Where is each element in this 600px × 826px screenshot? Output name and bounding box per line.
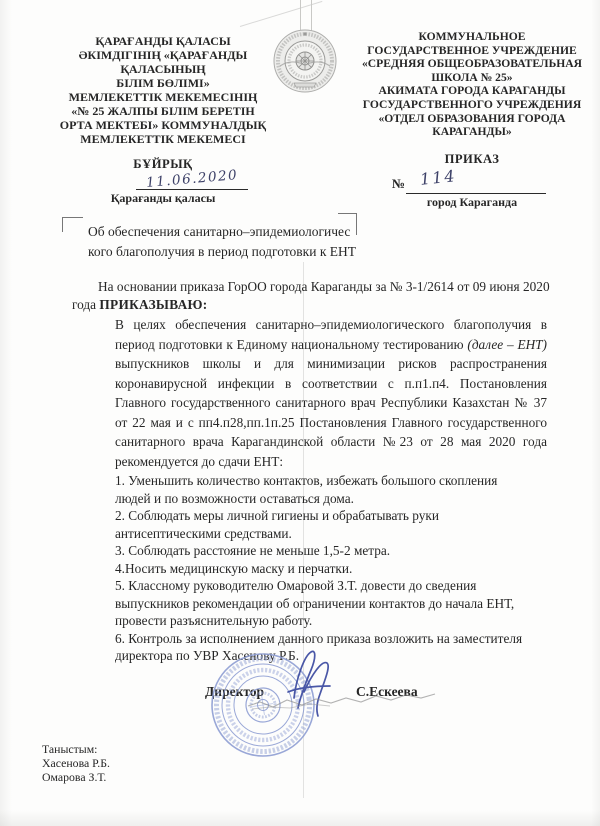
- order-word-russian: ПРИКАЗ: [348, 152, 596, 167]
- basis-line: года ПРИКАЗЫВАЮ:: [72, 296, 552, 314]
- subject-line: Об обеспечения санитарно–эпидемиологичес: [88, 222, 356, 242]
- handwritten-order-number: 114: [419, 166, 457, 189]
- scan-diagonal-artifact: [240, 1, 323, 27]
- order-subject: Об обеспечения санитарно–эпидемиологичес…: [88, 222, 356, 262]
- number-symbol: №: [392, 176, 405, 192]
- dalee-ent-italic: (далее – ЕНТ): [467, 337, 547, 352]
- org-line: МЕМЛЕКЕТТІК МЕКЕМЕСІНІҢ: [38, 90, 288, 104]
- order-item-1: 1. Уменьшить количество контактов, избеж…: [115, 472, 536, 507]
- basis-prefix: года: [72, 297, 99, 312]
- org-line: ШКОЛА № 25»: [348, 71, 596, 85]
- order-item-4: 4.Носить медицинскую маску и перчатки.: [115, 560, 536, 578]
- org-line: «ОТДЕЛ ОБРАЗОВАНИЯ ГОРОДА: [348, 112, 596, 126]
- org-name-kazakh: ҚАРАҒАНДЫ ҚАЛАСЫ ӘКІМДІГІНІҢ «ҚАРАҒАНДЫ …: [38, 34, 288, 146]
- org-name-russian: КОММУНАЛЬНОЕ ГОСУДАРСТВЕННОЕ УЧРЕЖДЕНИЕ …: [348, 30, 596, 139]
- prikazyvayu-word: ПРИКАЗЫВАЮ:: [99, 297, 207, 312]
- order-items-list: 1. Уменьшить количество контактов, избеж…: [115, 472, 536, 665]
- org-line: «СРЕДНЯЯ ОБЩЕОБРАЗОВАТЕЛЬНАЯ: [348, 57, 596, 71]
- acknowledgment-block: Таныстым: Хасенова Р.Б. Омарова З.Т.: [42, 742, 110, 784]
- order-item-3: 3. Соблюдать расстояние не меньше 1,5-2 …: [115, 542, 536, 560]
- org-line: АКИМАТА ГОРОДА КАРАГАНДЫ: [348, 84, 596, 98]
- order-word-kazakh: БҰЙРЫҚ: [38, 157, 288, 172]
- basis-line: На основании приказа ГорОО города Карага…: [72, 278, 552, 296]
- org-line: ГОСУДАРСТВЕННОЕ УЧРЕЖДЕНИЕ: [348, 44, 596, 58]
- stamp-scribble-line: [246, 688, 438, 714]
- paragraph-text: выпускников школы и для минимизации риск…: [115, 356, 547, 469]
- place-kazakh: Қарағанды қаласы: [38, 191, 288, 206]
- acknowledgment-label: Таныстым:: [42, 742, 110, 756]
- order-purpose-paragraph: В целях обеспечения санитарно–эпидемиоло…: [115, 315, 547, 471]
- org-line: ҚАРАҒАНДЫ ҚАЛАСЫ: [38, 34, 288, 48]
- org-line: КАРАГАНДЫ»: [348, 125, 596, 139]
- org-line: ӘКІМДІГІНІҢ «ҚАРАҒАНДЫ: [38, 48, 288, 62]
- org-line: БІЛІМ БӨЛІМІ»: [38, 76, 288, 90]
- org-line: МЕМЛЕКЕТТІК МЕКЕМЕСІ: [38, 132, 288, 146]
- org-line: ОРТА МЕКТЕБІ» КОММУНАЛДЫҚ: [38, 118, 288, 132]
- acknowledgment-name-2: Омарова З.Т.: [42, 770, 110, 784]
- org-line: КОММУНАЛЬНОЕ: [348, 30, 596, 44]
- order-body: На основании приказа ГорОО города Карага…: [72, 278, 552, 665]
- place-russian: город Караганда: [348, 195, 596, 210]
- org-line: «№ 25 ЖАЛПЫ БІЛІМ БЕРЕТІН: [38, 104, 288, 118]
- subject-line: кого благополучия в период подготовки к …: [88, 242, 356, 262]
- kazakhstan-emblem-icon: [270, 26, 340, 96]
- order-item-2: 2. Соблюдать меры личной гигиены и обраб…: [115, 507, 536, 542]
- corner-bracket-left: [62, 217, 83, 232]
- scanned-order-document: ҚАРАҒАНДЫ ҚАЛАСЫ ӘКІМДІГІНІҢ «ҚАРАҒАНДЫ …: [0, 0, 600, 826]
- acknowledgment-name-1: Хасенова Р.Б.: [42, 756, 110, 770]
- order-item-5: 5. Классному руководителю Омаровой З.Т. …: [115, 577, 536, 630]
- org-line: ҚАЛАСЫНЫҢ: [38, 62, 288, 76]
- org-line: ГОСУДАРСТВЕННОГО УЧРЕЖДЕНИЯ: [348, 98, 596, 112]
